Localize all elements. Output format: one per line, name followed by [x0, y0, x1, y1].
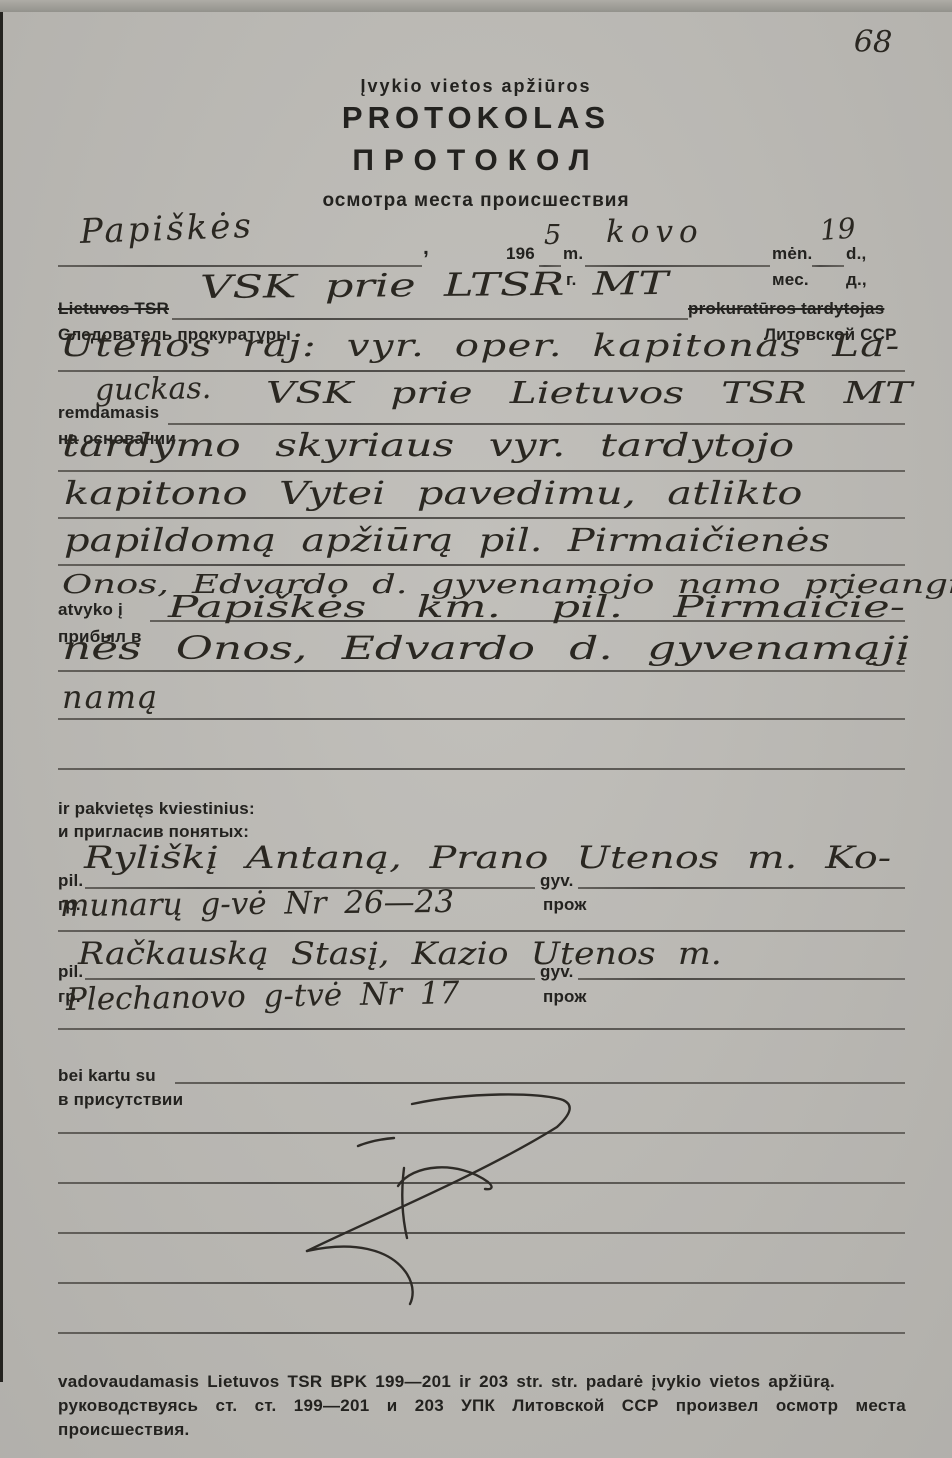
ruled-line	[58, 1132, 905, 1134]
handwritten-arrival-line-2: nės Onos, Edvardo d. gyvenamąjį	[62, 629, 910, 667]
ruled-line	[175, 1082, 905, 1084]
ruled-line	[578, 978, 905, 980]
label-d-lt: d.,	[846, 244, 866, 264]
ruled-line	[58, 1332, 905, 1334]
struck-label-lietuvos-tsr: Lietuvos TSR	[58, 299, 169, 319]
closing-line-russian-2: происшествия.	[58, 1420, 190, 1440]
ruled-line	[812, 265, 844, 267]
ruled-line	[58, 1232, 905, 1234]
handwritten-officer-line-1: Utenos raj: vyr. oper. kapitonas La-	[60, 328, 901, 364]
label-gyv-1: gyv.	[540, 871, 574, 891]
page-number: 68	[853, 24, 892, 60]
label-bei-kartu-su: bei kartu su	[58, 1066, 156, 1086]
label-mes-ru: мес.	[772, 270, 809, 290]
label-gyv-2: gyv.	[540, 962, 574, 982]
scan-edge-bottom	[0, 0, 952, 12]
struck-label-prokuraturos-tardytojas: prokuratūros tardytojas	[688, 299, 884, 319]
label-v-prisutstvii: в присутствии	[58, 1090, 183, 1110]
ruled-line	[58, 1282, 905, 1284]
label-atvyko: atvyko į	[58, 600, 123, 620]
printed-year-prefix: 196	[506, 244, 535, 264]
ruled-line	[58, 930, 905, 932]
handwritten-witness1-address: munarų g-vė Nr 26—23	[60, 884, 455, 924]
label-pil-2: pil.	[58, 962, 83, 982]
handwritten-basis-line-2: tardymo skyriaus vyr. tardytojo	[62, 426, 794, 464]
handwritten-witness2-address: Plechanovo g-tvė Nr 17	[66, 975, 460, 1018]
ruled-line	[58, 768, 905, 770]
handwritten-arrival-line-1: Papiškės km. pil. Pirmaičie-	[168, 590, 905, 625]
label-men-lt: mėn.	[772, 244, 812, 264]
handwritten-basis-line-4: papildomą apžiūrą pil. Pirmaičienės	[64, 521, 830, 559]
ruled-line	[58, 470, 905, 472]
handwritten-day: 19	[819, 212, 857, 247]
label-invited-ru: и пригласив понятых:	[58, 822, 249, 842]
ruled-line	[578, 887, 905, 889]
title-russian: ПРОТОКОЛ	[0, 144, 952, 178]
label-m-lt: m.	[563, 244, 583, 264]
closing-line-lithuanian: vadovaudamasis Lietuvos TSR BPK 199—201 …	[58, 1372, 906, 1392]
label-prozh-2: прож	[543, 987, 587, 1007]
handwritten-office: VSK prie LTSR MT	[200, 264, 669, 306]
printed-comma: ,	[423, 236, 429, 260]
handwritten-arrival-line-3: namą	[62, 678, 159, 716]
handwritten-location: Papiškės	[79, 206, 254, 252]
ruled-line	[168, 423, 905, 425]
label-prozh-1: прож	[543, 895, 587, 915]
ruled-line	[58, 517, 905, 519]
title-lithuanian: PROTOKOLAS	[0, 100, 952, 136]
handwritten-basis-line-3: kapitono Vytei pavedimu, atlikto	[64, 474, 802, 512]
label-d-ru: д.,	[846, 270, 867, 290]
scanned-protocol-page: 68 Įvykio vietos apžiūros PROTOKOLAS ПРО…	[0, 0, 952, 1458]
ruled-line	[58, 564, 905, 566]
label-invited-lt: ir pakvietęs kviestinius:	[58, 799, 255, 819]
closing-line-russian-1: руководствуясь ст. ст. 199—201 и 203 УПК…	[58, 1396, 906, 1416]
handwritten-basis-line-1: VSK prie Lietuvos TSR MT	[266, 376, 912, 411]
handwritten-year-digit: 5	[544, 220, 561, 251]
ruled-line	[58, 718, 905, 720]
ruled-line	[58, 1182, 905, 1184]
ruled-line	[58, 1028, 905, 1030]
ruled-line	[58, 670, 905, 672]
header-subtitle-russian: осмотра места происшествия	[0, 190, 952, 212]
handwritten-witness2-name: Račkauską Stasį, Kazio Utenos m.	[78, 936, 722, 972]
header-pretitle: Įvykio vietos apžiūros	[0, 76, 952, 97]
handwritten-month: kovo	[606, 214, 704, 250]
handwritten-officer-line-2: guckas.	[95, 371, 212, 408]
handwritten-witness1-name: Ryliškį Antaną, Prano Utenos m. Ko-	[84, 840, 891, 876]
ruled-line	[172, 318, 688, 320]
